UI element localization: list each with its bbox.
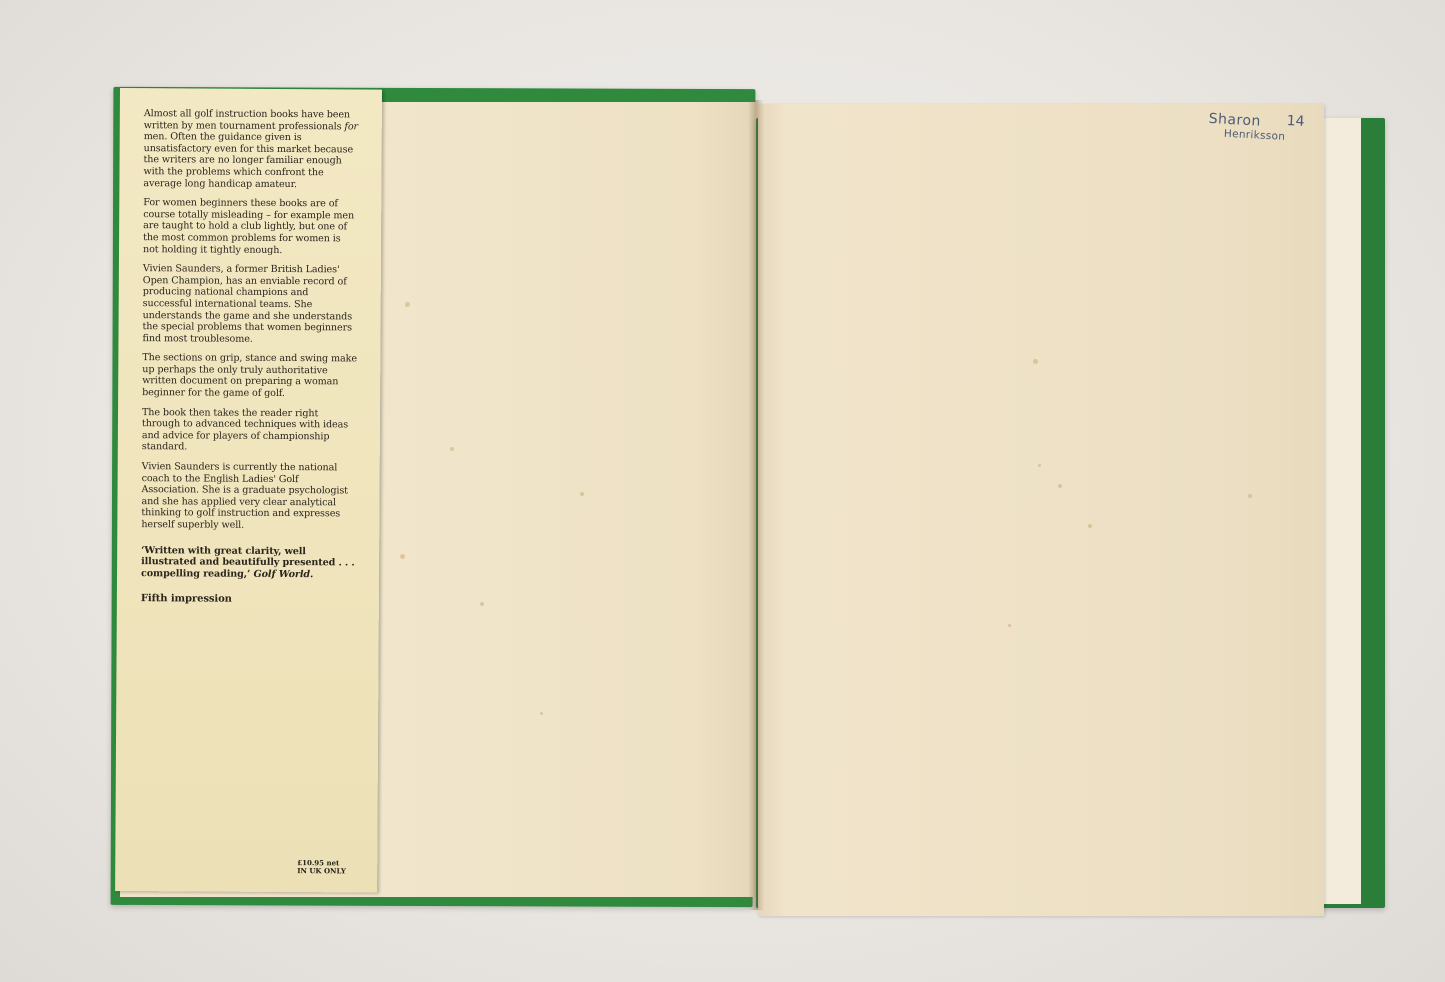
price-label: £10.95 net IN UK ONLY bbox=[297, 859, 346, 875]
flap-paragraph-6: Vivien Saunders is currently the nationa… bbox=[141, 461, 356, 532]
right-endpaper bbox=[758, 104, 1324, 916]
quote-source: Golf World. bbox=[254, 569, 314, 580]
dust-jacket-flap: Almost all golf instruction books have b… bbox=[115, 88, 382, 893]
handwritten-signature: Sharon 14 Henriksson bbox=[1207, 111, 1329, 157]
book-gutter bbox=[748, 100, 764, 910]
flap-paragraph-2: For women beginners these books are of c… bbox=[143, 197, 358, 256]
flap-paragraph-1: Almost all golf instruction books have b… bbox=[143, 108, 358, 190]
impression-note: Fifth impression bbox=[141, 594, 356, 607]
flap-blurb: Almost all golf instruction books have b… bbox=[141, 108, 359, 614]
flap-paragraph-4: The sections on grip, stance and swing m… bbox=[142, 352, 357, 400]
flap-paragraph-5: The book then takes the reader right thr… bbox=[142, 407, 357, 455]
page-block-edge bbox=[1320, 118, 1361, 904]
flap-paragraph-3: Vivien Saunders, a former British Ladies… bbox=[142, 263, 357, 345]
review-quote: ‘Written with great clarity, well illust… bbox=[141, 545, 356, 581]
